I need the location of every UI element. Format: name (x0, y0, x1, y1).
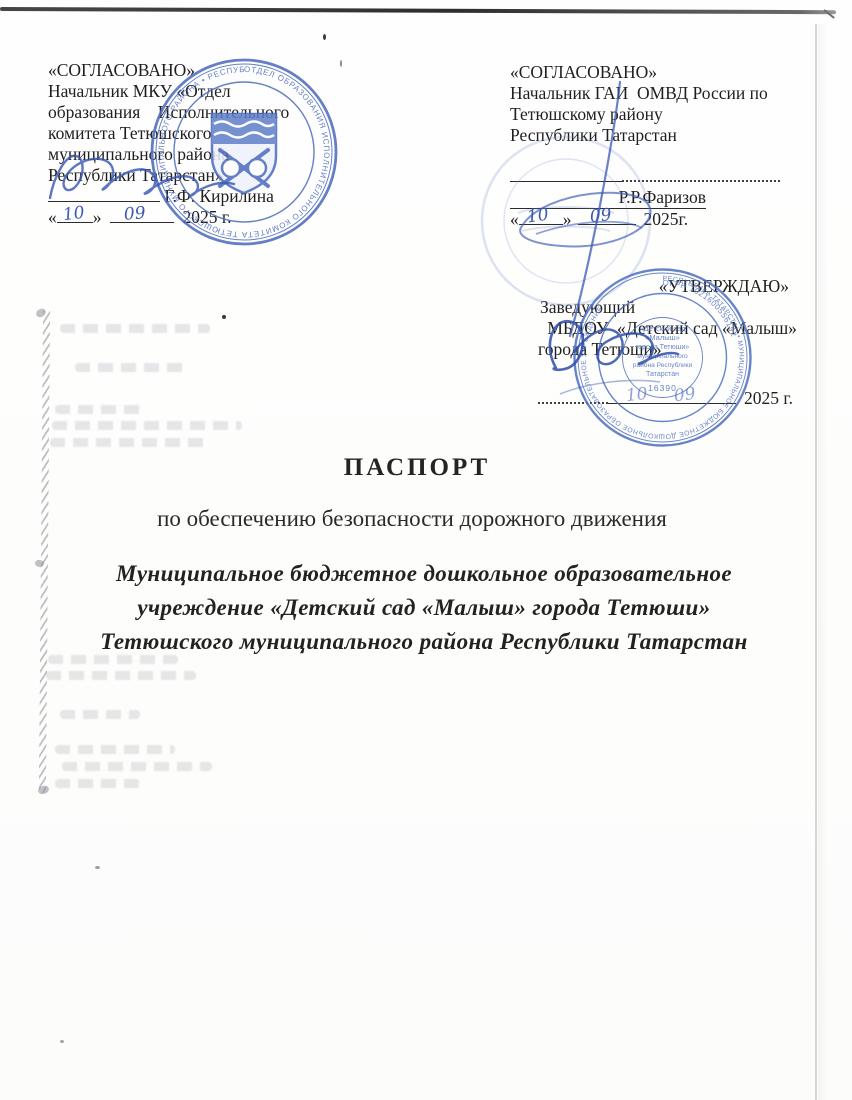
scanned-document-page: { "document": { "title": "ПАСПОРТ", "sub… (0, 0, 852, 1100)
ink-speck (95, 866, 100, 869)
bleedthrough-text (60, 324, 210, 333)
bleedthrough-text (46, 671, 196, 680)
bleedthrough-text (55, 745, 175, 754)
organization-name-line: Тетюшского муниципального района Республ… (0, 625, 848, 659)
bleedthrough-text (60, 710, 140, 719)
ink-speck (323, 34, 326, 40)
organization-name-line: Муниципальное бюджетное дошкольное образ… (0, 557, 848, 591)
ink-speck (222, 315, 226, 319)
document-subtitle: по обеспечению безопасности дорожного дв… (0, 506, 824, 532)
ink-speck (60, 1040, 64, 1043)
signature-zaveduyushchiy (540, 302, 720, 407)
bleedthrough-text (55, 779, 140, 788)
bleedthrough-text (55, 405, 145, 414)
bleedthrough-text (52, 421, 242, 430)
bleedthrough-text (62, 762, 212, 771)
bleedthrough-text (75, 363, 185, 372)
bleedthrough-text (50, 438, 210, 447)
signature-kirilina (44, 142, 264, 212)
organization-name: Муниципальное бюджетное дошкольное образ… (0, 557, 848, 659)
document-title: ПАСПОРТ (0, 454, 834, 482)
organization-name-line: учреждение «Детский сад «Малыш» города Т… (0, 591, 848, 625)
